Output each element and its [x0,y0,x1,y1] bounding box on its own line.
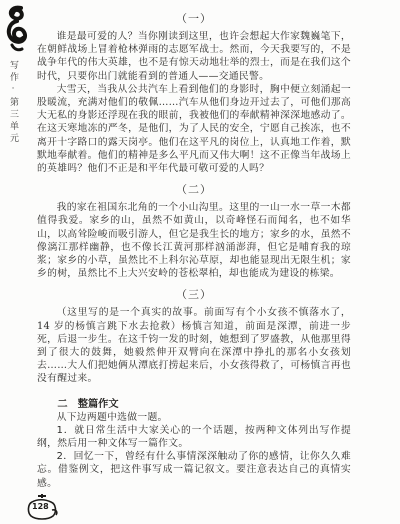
section-2-heading: （二） [37,181,351,197]
page-number-ornament: 128 [22,490,64,520]
corner-flourish-icon [4,5,34,53]
essay-paragraph: 大雪天，当我从公共汽车上看到他们的身影时，胸中便立刻涌起一股暖流，充满对他们的敬… [37,83,351,175]
exercise-intro: 从下边两题中选做一题。 [37,411,351,424]
essay-paragraph: 谁是最可爱的人？当你刚读到这里，也许会想起大作家魏巍笔下，在朝鲜战场上冒着枪林弹… [37,30,351,83]
page-body: （一） 谁是最可爱的人？当你刚读到这里，也许会想起大作家魏巍笔下，在朝鲜战场上冒… [37,4,351,490]
essay-paragraph: 我的家在祖国东北角的一个小山沟里。这里的一山一水一草一木都值得我爱。家乡的山，虽… [37,201,351,280]
exercise-block: 二 整篇作文 从下边两题中选做一题。 1．就日常生活中大家关心的一个话题，按两种… [37,395,351,490]
section-1-heading: （一） [37,10,351,26]
section-3-heading: （三） [37,286,351,302]
exercise-heading: 二 整篇作文 [37,395,351,410]
exercise-item: 2．回忆一下，曾经有什么事情深深触动了你的感情，让你久久难忘。借鉴例文，把这件事… [37,450,351,490]
exercise-item: 1．就日常生活中大家关心的一个话题，按两种文体列出写作提纲，然后用一种文体写一篇… [37,424,351,450]
textbook-page: 写作·第三单元 （一） 谁是最可爱的人？当你刚读到这里，也许会想起大作家魏巍笔下… [0,0,400,524]
essay-paragraph: （这里写的是一个真实的故事。前面写有个小女孩不慎落水了，14 岁的杨慎言跳下水去… [37,306,351,385]
sidebar-unit-label: 写作·第三单元 [7,60,20,180]
page-number: 128 [32,502,49,511]
